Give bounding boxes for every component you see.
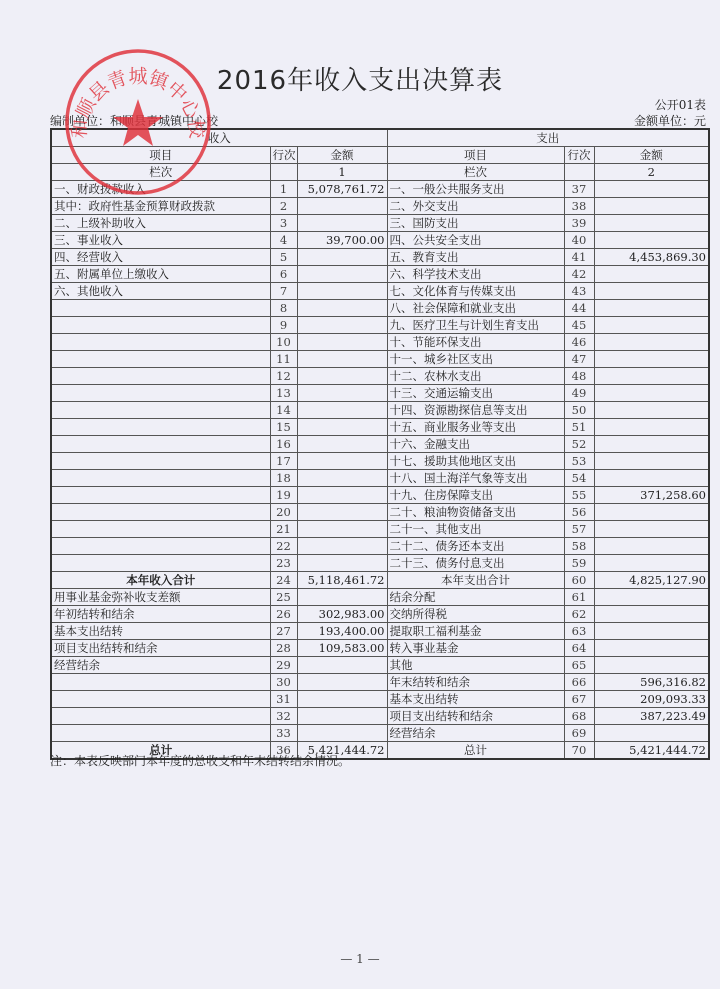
expense-item: 十二、农林水支出	[387, 368, 564, 385]
expense-item: 三、国防支出	[387, 215, 564, 232]
income-row-number: 6	[270, 266, 297, 283]
expense-item: 转入事业基金	[387, 640, 564, 657]
income-amount	[297, 266, 387, 283]
expense-item: 基本支出结转	[387, 691, 564, 708]
income-row-number: 25	[270, 589, 297, 606]
income-item	[51, 334, 270, 351]
table-row: 13十三、交通运输支出49	[51, 385, 709, 402]
table-row: 12十二、农林水支出48	[51, 368, 709, 385]
expense-amount	[594, 266, 709, 283]
income-item: 年初结转和结余	[51, 606, 270, 623]
expense-row-number: 47	[564, 351, 594, 368]
income-item	[51, 317, 270, 334]
income-item: 本年收入合计	[51, 572, 270, 589]
expense-amount: 596,316.82	[594, 674, 709, 691]
expense-row-number: 45	[564, 317, 594, 334]
income-item	[51, 419, 270, 436]
income-item	[51, 691, 270, 708]
income-amount	[297, 555, 387, 572]
expense-row-header: 行次	[564, 147, 594, 164]
table-row: 年初结转和结余26302,983.00交纳所得税62	[51, 606, 709, 623]
table-row: 其中：政府性基金预算财政拨款2二、外交支出38	[51, 198, 709, 215]
income-amount	[297, 725, 387, 742]
income-row-number: 18	[270, 470, 297, 487]
expense-row-number: 48	[564, 368, 594, 385]
table-row: 9九、医疗卫生与计划生育支出45	[51, 317, 709, 334]
expense-row-number: 40	[564, 232, 594, 249]
income-amount	[297, 538, 387, 555]
income-item: 经营结余	[51, 657, 270, 674]
expense-index-empty	[564, 164, 594, 181]
expense-amount	[594, 351, 709, 368]
income-item	[51, 453, 270, 470]
expense-row-number: 63	[564, 623, 594, 640]
income-amount	[297, 215, 387, 232]
expense-row-number: 62	[564, 606, 594, 623]
expense-item: 二十、粮油物资储备支出	[387, 504, 564, 521]
expense-row-number: 49	[564, 385, 594, 402]
expense-item: 十五、商业服务业等支出	[387, 419, 564, 436]
income-item	[51, 470, 270, 487]
expense-amount	[594, 198, 709, 215]
form-code: 公开01表	[655, 96, 706, 113]
income-item	[51, 504, 270, 521]
expense-amount: 387,223.49	[594, 708, 709, 725]
expense-item: 二十一、其他支出	[387, 521, 564, 538]
income-row-number: 2	[270, 198, 297, 215]
table-row: 用事业基金弥补收支差额25结余分配61	[51, 589, 709, 606]
expense-row-number: 65	[564, 657, 594, 674]
income-amount	[297, 708, 387, 725]
income-item: 项目支出结转和结余	[51, 640, 270, 657]
expense-amount	[594, 521, 709, 538]
income-row-number: 19	[270, 487, 297, 504]
expense-amount	[594, 334, 709, 351]
income-item	[51, 708, 270, 725]
expense-row-number: 58	[564, 538, 594, 555]
expense-amount	[594, 657, 709, 674]
income-row-number: 12	[270, 368, 297, 385]
table-row: 21二十一、其他支出57	[51, 521, 709, 538]
expense-item: 十六、金融支出	[387, 436, 564, 453]
income-item	[51, 521, 270, 538]
income-amount	[297, 453, 387, 470]
income-row-number: 4	[270, 232, 297, 249]
income-index-empty	[270, 164, 297, 181]
table-row: 一、财政拨款收入15,078,761.72一、一般公共服务支出37	[51, 181, 709, 198]
expense-item: 年末结转和结余	[387, 674, 564, 691]
income-item: 其中：政府性基金预算财政拨款	[51, 198, 270, 215]
expense-row-number: 39	[564, 215, 594, 232]
expense-amount	[594, 436, 709, 453]
income-amount	[297, 487, 387, 504]
expense-row-number: 66	[564, 674, 594, 691]
table-note: 注：本表反映部门本年度的总收支和年末结转结余情况。	[50, 752, 350, 769]
income-index-label: 栏次	[51, 164, 270, 181]
income-amount	[297, 385, 387, 402]
table-row: 10十、节能环保支出46	[51, 334, 709, 351]
table-row: 33经营结余69	[51, 725, 709, 742]
table-row: 22二十二、债务还本支出58	[51, 538, 709, 555]
expense-amount	[594, 470, 709, 487]
table-row: 二、上级补助收入3三、国防支出39	[51, 215, 709, 232]
table-row: 19十九、住房保障支出55371,258.60	[51, 487, 709, 504]
income-row-number: 26	[270, 606, 297, 623]
expense-row-number: 43	[564, 283, 594, 300]
income-row-number: 33	[270, 725, 297, 742]
expense-item: 十九、住房保障支出	[387, 487, 564, 504]
income-row-number: 29	[270, 657, 297, 674]
income-row-number: 8	[270, 300, 297, 317]
expense-row-number: 64	[564, 640, 594, 657]
expense-amount	[594, 232, 709, 249]
income-amount	[297, 470, 387, 487]
income-amount	[297, 283, 387, 300]
expense-item-header: 项目	[387, 147, 564, 164]
expense-item: 结余分配	[387, 589, 564, 606]
expense-index-value: 2	[594, 164, 709, 181]
expense-amount-header: 金额	[594, 147, 709, 164]
expense-row-number: 44	[564, 300, 594, 317]
income-amount: 5,118,461.72	[297, 572, 387, 589]
income-item: 用事业基金弥补收支差额	[51, 589, 270, 606]
income-amount	[297, 657, 387, 674]
expense-row-number: 55	[564, 487, 594, 504]
expense-item: 五、教育支出	[387, 249, 564, 266]
table-row: 经营结余29其他65	[51, 657, 709, 674]
income-amount: 109,583.00	[297, 640, 387, 657]
table-row: 本年收入合计245,118,461.72本年支出合计604,825,127.90	[51, 572, 709, 589]
table-row: 14十四、资源勘探信息等支出50	[51, 402, 709, 419]
income-amount	[297, 419, 387, 436]
expense-item: 十四、资源勘探信息等支出	[387, 402, 564, 419]
expense-item: 十、节能环保支出	[387, 334, 564, 351]
expense-row-number: 57	[564, 521, 594, 538]
income-row-number: 21	[270, 521, 297, 538]
expense-row-number: 61	[564, 589, 594, 606]
table-row: 三、事业收入439,700.00四、公共安全支出40	[51, 232, 709, 249]
expense-amount	[594, 385, 709, 402]
expense-amount	[594, 504, 709, 521]
table-row: 六、其他收入7七、文化体育与传媒支出43	[51, 283, 709, 300]
table-row: 四、经营收入5五、教育支出414,453,869.30	[51, 249, 709, 266]
column-index-row: 栏次 1 栏次 2	[51, 164, 709, 181]
income-index-value: 1	[297, 164, 387, 181]
expense-amount	[594, 538, 709, 555]
expense-row-number: 50	[564, 402, 594, 419]
expense-item: 十一、城乡社区支出	[387, 351, 564, 368]
expense-amount	[594, 283, 709, 300]
expense-row-number: 56	[564, 504, 594, 521]
income-item: 三、事业收入	[51, 232, 270, 249]
income-item	[51, 368, 270, 385]
expense-amount	[594, 419, 709, 436]
expense-amount	[594, 640, 709, 657]
income-item: 六、其他收入	[51, 283, 270, 300]
expense-amount: 5,421,444.72	[594, 742, 709, 760]
income-row-number: 7	[270, 283, 297, 300]
expense-row-number: 60	[564, 572, 594, 589]
expense-item: 八、社会保障和就业支出	[387, 300, 564, 317]
expense-item: 二、外交支出	[387, 198, 564, 215]
income-item: 二、上级补助收入	[51, 215, 270, 232]
income-row-number: 5	[270, 249, 297, 266]
expense-row-number: 69	[564, 725, 594, 742]
income-row-number: 14	[270, 402, 297, 419]
expense-amount	[594, 368, 709, 385]
income-item	[51, 436, 270, 453]
expense-item: 六、科学技术支出	[387, 266, 564, 283]
expense-amount: 4,453,869.30	[594, 249, 709, 266]
income-amount: 193,400.00	[297, 623, 387, 640]
expense-row-number: 67	[564, 691, 594, 708]
income-amount: 5,078,761.72	[297, 181, 387, 198]
income-expense-table: 收入 支出 项目 行次 金额 项目 行次 金额 栏次 1 栏次 2 一、财政拨款…	[50, 128, 710, 760]
expense-amount	[594, 215, 709, 232]
expense-item: 十三、交通运输支出	[387, 385, 564, 402]
table-row: 16十六、金融支出52	[51, 436, 709, 453]
expense-row-number: 46	[564, 334, 594, 351]
income-item	[51, 385, 270, 402]
expense-row-number: 42	[564, 266, 594, 283]
expense-amount: 371,258.60	[594, 487, 709, 504]
expense-row-number: 70	[564, 742, 594, 760]
income-row-number: 9	[270, 317, 297, 334]
income-amount	[297, 402, 387, 419]
expense-item: 二十三、债务付息支出	[387, 555, 564, 572]
expense-amount	[594, 555, 709, 572]
expense-item: 七、文化体育与传媒支出	[387, 283, 564, 300]
income-row-number: 28	[270, 640, 297, 657]
income-item	[51, 487, 270, 504]
income-amount	[297, 351, 387, 368]
expense-amount	[594, 317, 709, 334]
table-row: 8八、社会保障和就业支出44	[51, 300, 709, 317]
income-row-number: 30	[270, 674, 297, 691]
income-item	[51, 725, 270, 742]
income-amount	[297, 300, 387, 317]
expense-row-number: 37	[564, 181, 594, 198]
expense-amount	[594, 623, 709, 640]
income-row-number: 27	[270, 623, 297, 640]
income-row-number: 24	[270, 572, 297, 589]
income-amount	[297, 249, 387, 266]
table-row: 17十七、援助其他地区支出53	[51, 453, 709, 470]
income-item: 一、财政拨款收入	[51, 181, 270, 198]
page-number: — 1 —	[0, 952, 720, 966]
income-amount	[297, 368, 387, 385]
expense-row-number: 51	[564, 419, 594, 436]
income-row-number: 1	[270, 181, 297, 198]
expense-item: 其他	[387, 657, 564, 674]
income-row-number: 11	[270, 351, 297, 368]
expense-amount	[594, 402, 709, 419]
expense-item: 交纳所得税	[387, 606, 564, 623]
income-amount	[297, 436, 387, 453]
table-row: 20二十、粮油物资储备支出56	[51, 504, 709, 521]
income-item: 四、经营收入	[51, 249, 270, 266]
expense-item: 一、一般公共服务支出	[387, 181, 564, 198]
section-header-row: 收入 支出	[51, 129, 709, 147]
expense-row-number: 52	[564, 436, 594, 453]
expense-index-label: 栏次	[387, 164, 564, 181]
expense-amount	[594, 606, 709, 623]
expense-row-number: 54	[564, 470, 594, 487]
income-row-header: 行次	[270, 147, 297, 164]
income-row-number: 31	[270, 691, 297, 708]
income-item	[51, 402, 270, 419]
expense-item: 四、公共安全支出	[387, 232, 564, 249]
expense-item: 九、医疗卫生与计划生育支出	[387, 317, 564, 334]
expense-row-number: 41	[564, 249, 594, 266]
page-title: 2016年收入支出决算表	[0, 60, 720, 97]
income-item: 五、附属单位上缴收入	[51, 266, 270, 283]
table-row: 31基本支出结转67209,093.33	[51, 691, 709, 708]
compiling-unit: 编制单位：和顺县青城镇中心校	[50, 112, 218, 129]
expense-amount	[594, 300, 709, 317]
expense-item: 本年支出合计	[387, 572, 564, 589]
income-amount	[297, 198, 387, 215]
income-row-number: 32	[270, 708, 297, 725]
table-row: 30年末结转和结余66596,316.82	[51, 674, 709, 691]
expense-amount	[594, 181, 709, 198]
expense-amount: 209,093.33	[594, 691, 709, 708]
income-amount	[297, 691, 387, 708]
income-amount-header: 金额	[297, 147, 387, 164]
expense-amount: 4,825,127.90	[594, 572, 709, 589]
income-row-number: 23	[270, 555, 297, 572]
column-header-row: 项目 行次 金额 项目 行次 金额	[51, 147, 709, 164]
income-amount	[297, 317, 387, 334]
expense-row-number: 53	[564, 453, 594, 470]
table-row: 32项目支出结转和结余68387,223.49	[51, 708, 709, 725]
expense-amount	[594, 589, 709, 606]
income-row-number: 20	[270, 504, 297, 521]
expense-amount	[594, 453, 709, 470]
income-amount	[297, 334, 387, 351]
table-row: 基本支出结转27193,400.00提取职工福利基金63	[51, 623, 709, 640]
income-amount	[297, 589, 387, 606]
income-row-number: 13	[270, 385, 297, 402]
income-row-number: 16	[270, 436, 297, 453]
income-row-number: 17	[270, 453, 297, 470]
income-amount	[297, 521, 387, 538]
income-item	[51, 674, 270, 691]
expense-item: 十七、援助其他地区支出	[387, 453, 564, 470]
income-row-number: 15	[270, 419, 297, 436]
income-row-number: 22	[270, 538, 297, 555]
expense-row-number: 38	[564, 198, 594, 215]
expense-item: 经营结余	[387, 725, 564, 742]
income-section-header: 收入	[51, 129, 387, 147]
table-row: 23二十三、债务付息支出59	[51, 555, 709, 572]
expense-item: 提取职工福利基金	[387, 623, 564, 640]
expense-section-header: 支出	[387, 129, 709, 147]
income-amount: 39,700.00	[297, 232, 387, 249]
income-amount	[297, 504, 387, 521]
expense-row-number: 68	[564, 708, 594, 725]
income-amount	[297, 674, 387, 691]
expense-row-number: 59	[564, 555, 594, 572]
expense-item: 二十二、债务还本支出	[387, 538, 564, 555]
income-row-number: 3	[270, 215, 297, 232]
expense-item: 十八、国土海洋气象等支出	[387, 470, 564, 487]
income-amount: 302,983.00	[297, 606, 387, 623]
income-item	[51, 300, 270, 317]
expense-item: 总计	[387, 742, 564, 760]
table-row: 15十五、商业服务业等支出51	[51, 419, 709, 436]
table-row: 11十一、城乡社区支出47	[51, 351, 709, 368]
expense-amount	[594, 725, 709, 742]
table-row: 五、附属单位上缴收入6六、科学技术支出42	[51, 266, 709, 283]
income-item: 基本支出结转	[51, 623, 270, 640]
income-item	[51, 351, 270, 368]
income-item	[51, 555, 270, 572]
expense-item: 项目支出结转和结余	[387, 708, 564, 725]
income-row-number: 10	[270, 334, 297, 351]
table-row: 项目支出结转和结余28109,583.00转入事业基金64	[51, 640, 709, 657]
income-item	[51, 538, 270, 555]
currency-unit: 金额单位：元	[634, 112, 706, 129]
table-row: 18十八、国土海洋气象等支出54	[51, 470, 709, 487]
income-item-header: 项目	[51, 147, 270, 164]
